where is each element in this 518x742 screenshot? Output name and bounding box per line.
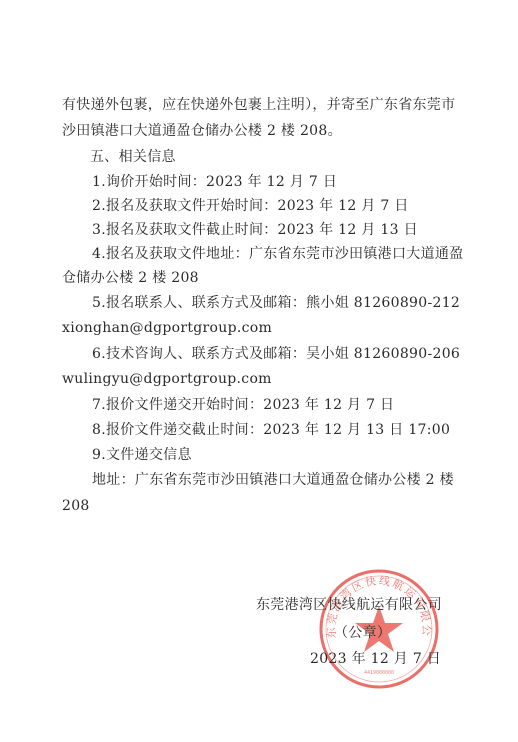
info-item-9-address: 地址：广东省东莞市沙田镇港口大道通盈仓储办公楼 2 楼 xyxy=(92,471,454,489)
signature-company: 东莞港湾区快线航运有限公司 xyxy=(256,596,442,614)
info-item-3: 3.报名及获取文件截止时间：2023 年 12 月 13 日 xyxy=(92,221,418,239)
info-item-8: 8.报价文件递交截止时间：2023 年 12 月 13 日 17:00 xyxy=(92,421,450,439)
info-item-6-email: wulingyu@dgportgroup.com xyxy=(62,370,272,388)
section-heading: 五、相关信息 xyxy=(90,148,176,166)
info-item-1: 1.询价开始时间：2023 年 12 月 7 日 xyxy=(92,173,337,191)
signature-seal-label: （公章） xyxy=(334,624,391,642)
info-item-5-email: xionghan@dgportgroup.com xyxy=(62,319,272,337)
continuation-line-1: 有快递外包裹，应在快递外包裹上注明），并寄至广东省东莞市 xyxy=(62,96,455,114)
info-item-5: 5.报名联系人、联系方式及邮箱：熊小姐 81260890-212 xyxy=(92,294,460,312)
info-item-7: 7.报价文件递交开始时间：2023 年 12 月 7 日 xyxy=(92,396,394,414)
info-item-9: 9.文件递交信息 xyxy=(92,446,192,464)
signature-date: 2023 年 12 月 7 日 xyxy=(310,650,441,668)
info-item-4-cont: 仓储办公楼 2 楼 208 xyxy=(62,269,199,287)
info-item-9-address-cont: 208 xyxy=(62,497,90,515)
info-item-2: 2.报名及获取文件开始时间：2023 年 12 月 7 日 xyxy=(92,197,409,215)
info-item-4: 4.报名及获取文件地址：广东省东莞市沙田镇港口大道通盈 xyxy=(92,245,463,263)
svg-text:4419000000: 4419000000 xyxy=(364,670,394,676)
continuation-line-2: 沙田镇港口大道通盈仓储办公楼 2 楼 208。 xyxy=(62,122,342,140)
info-item-6: 6.技术咨询人、联系方式及邮箱：吴小姐 81260890-206 xyxy=(92,345,460,363)
